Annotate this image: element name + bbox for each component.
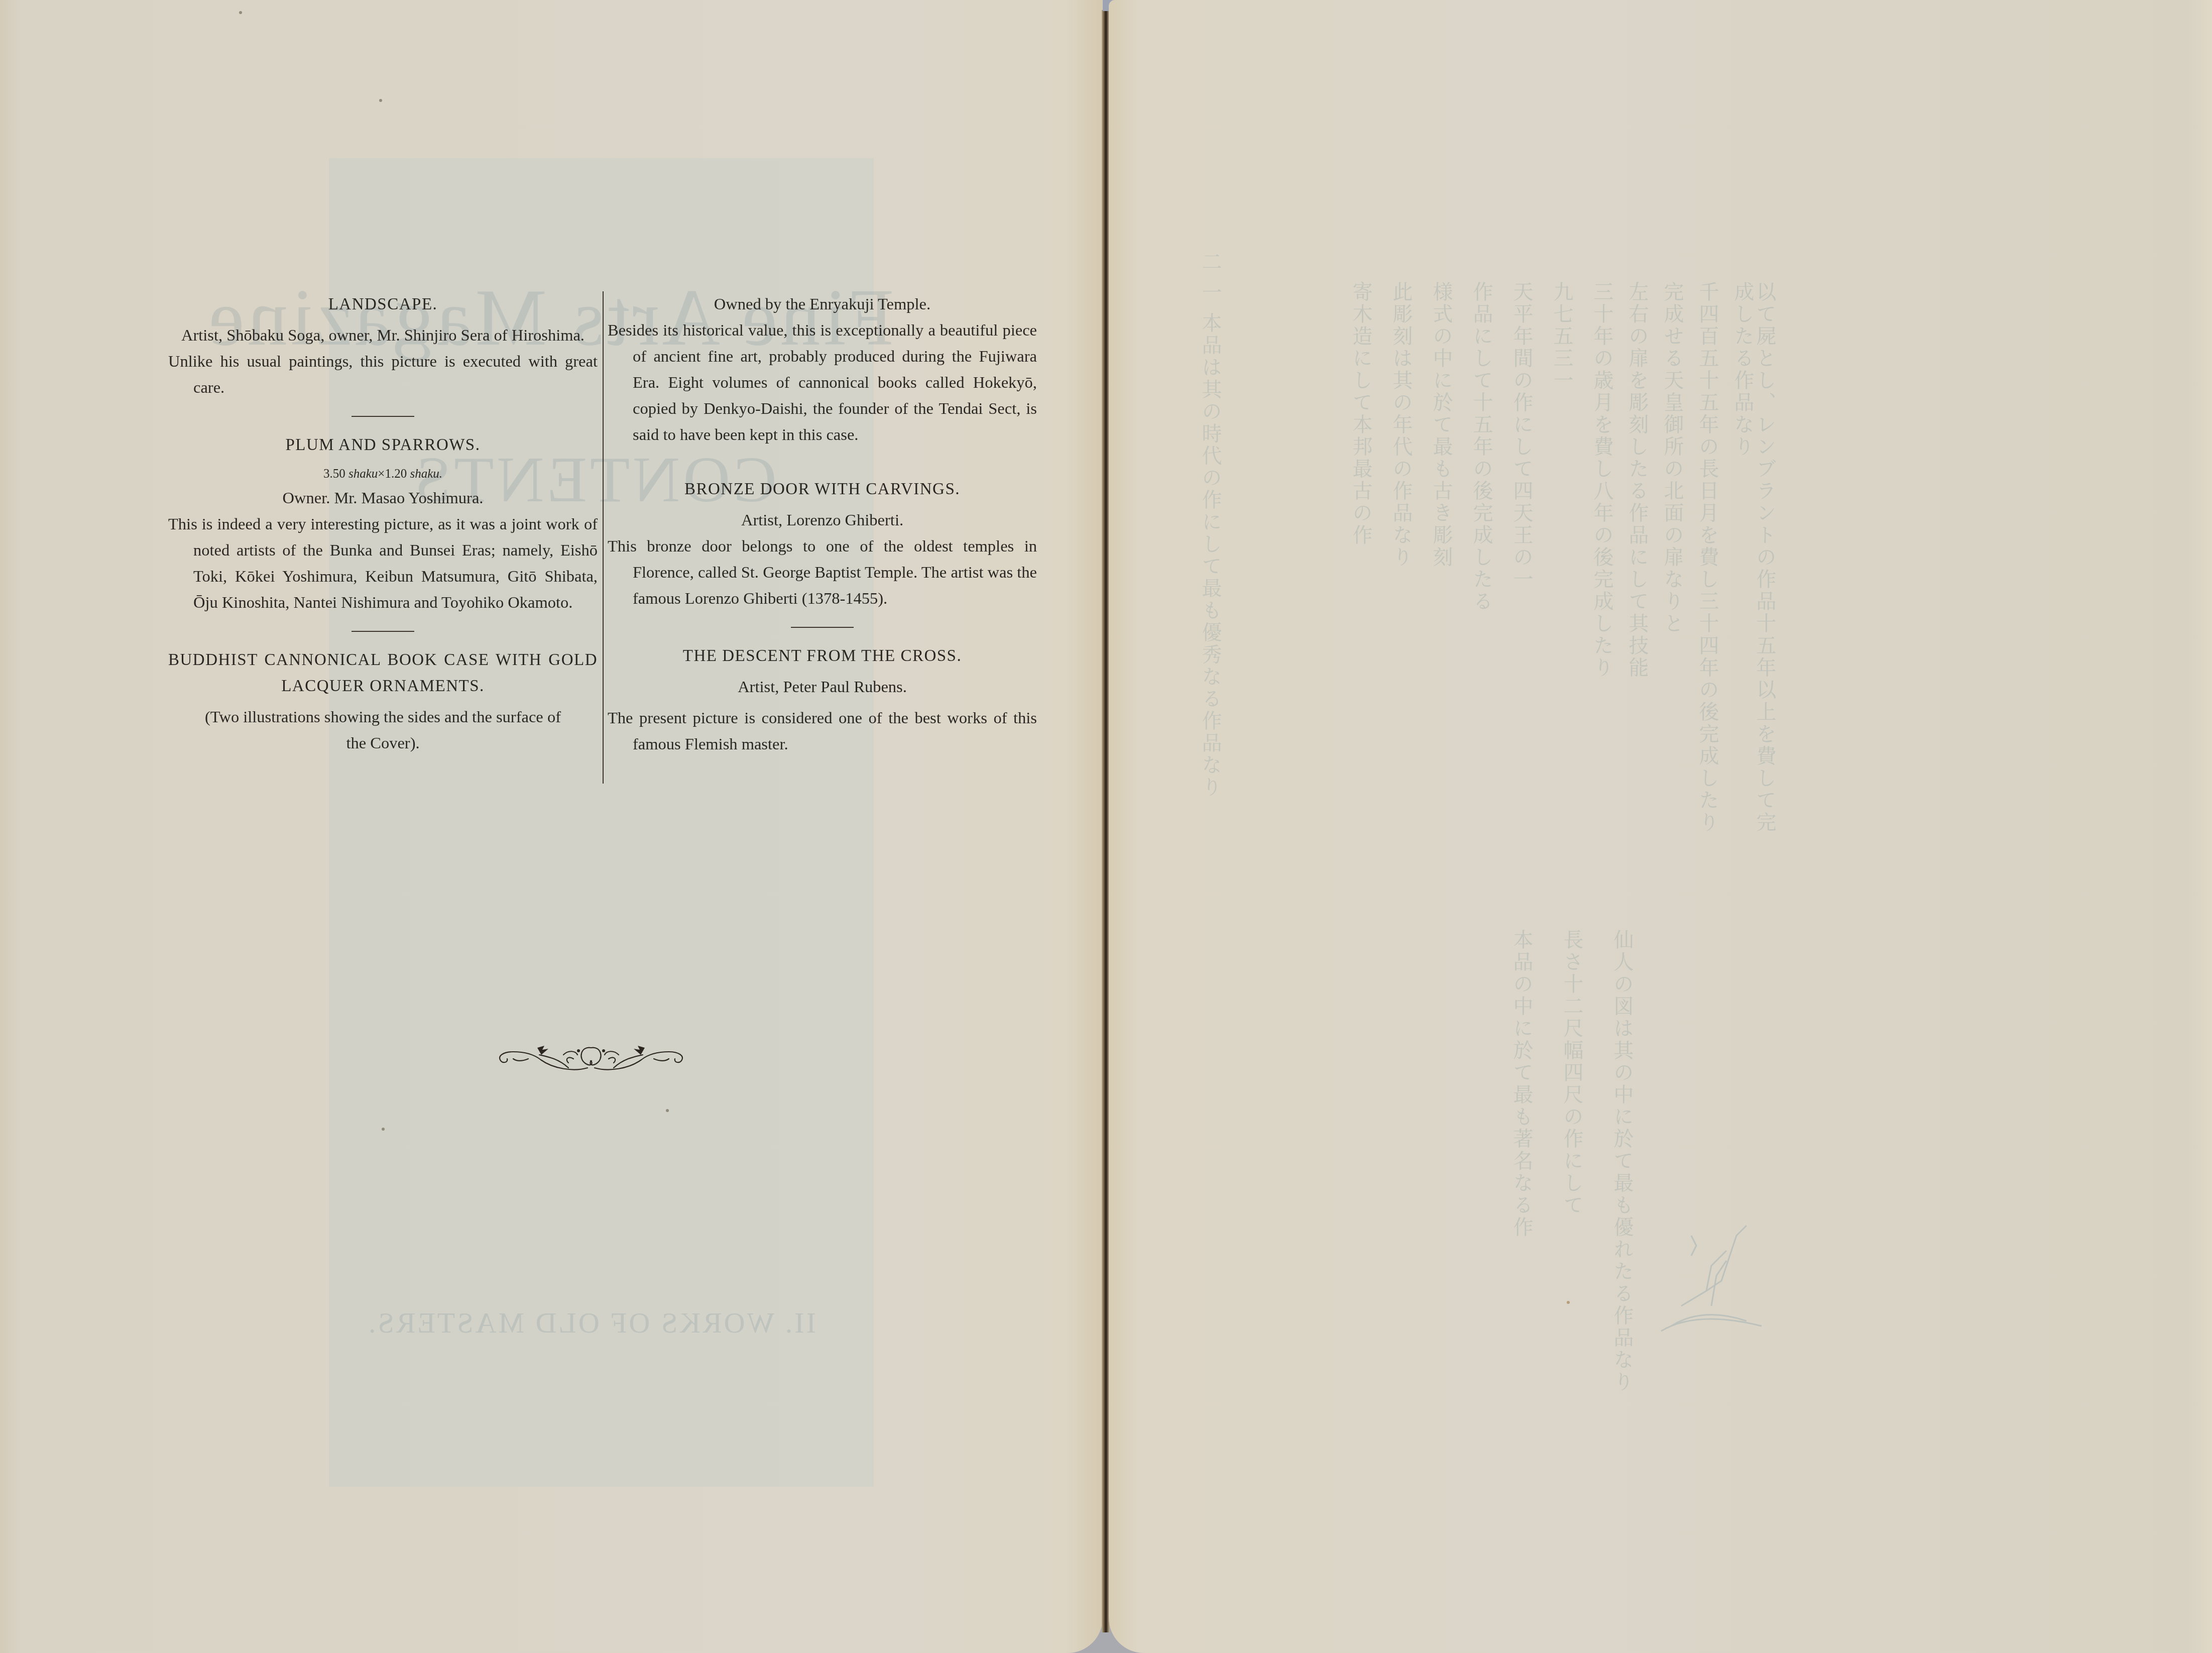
show-through-japanese: 左右の扉を彫刻したる作品にして其技能 bbox=[1626, 281, 1648, 834]
left-column: LANDSCAPE. Artist, Shōbaku Soga, owner, … bbox=[168, 291, 598, 756]
show-through-japanese: 仙人の図は其の中に於て最も優れたる作品なり bbox=[1611, 929, 1633, 1532]
dim-times: × bbox=[378, 467, 385, 481]
show-through-japanese: 三十年の歳月を費し八年の後完成したり bbox=[1591, 281, 1613, 834]
show-through-illustration-icon bbox=[1641, 1205, 1782, 1346]
show-through-section: II. WORKS OF OLD MASTERS. bbox=[367, 1306, 816, 1340]
right-column: Owned by the Enryakuji Temple. Besides i… bbox=[608, 291, 1037, 757]
landscape-byline: Artist, Shōbaku Soga, owner, Mr. Shinjir… bbox=[168, 322, 598, 349]
show-through-japanese: 本品の中に於て最も著名なる作 bbox=[1510, 929, 1533, 1532]
paper-speck bbox=[382, 1128, 385, 1131]
show-through-japanese: 長さ十二尺幅四尺の作にして bbox=[1561, 929, 1583, 1532]
dim-unit-1: shaku bbox=[348, 467, 378, 481]
section-rule bbox=[352, 631, 414, 632]
left-page: Fine Arts Magazine CONTENTS II. WORKS OF… bbox=[0, 0, 1103, 1653]
dim-value-2: 1.20 bbox=[385, 467, 407, 481]
section-rule bbox=[791, 627, 854, 628]
descent-byline: Artist, Peter Paul Rubens. bbox=[608, 674, 1037, 700]
paper-speck bbox=[239, 11, 242, 14]
show-through-japanese: 天平年間の作にして四天王の一 bbox=[1510, 281, 1533, 834]
landscape-body: Unlike his usual paintings, this picture… bbox=[168, 349, 598, 401]
book-spread: Fine Arts Magazine CONTENTS II. WORKS OF… bbox=[0, 0, 2212, 1653]
column-divider bbox=[603, 291, 604, 784]
right-page: 以て屍とし、レンブラントの作品十五年以上を費して完成したる作品なり 千四百五十五… bbox=[1109, 0, 2212, 1653]
dim-value-1: 3.50 bbox=[323, 467, 345, 481]
paper-speck bbox=[379, 99, 382, 102]
bronze-door-body: This bronze door belongs to one of the o… bbox=[608, 533, 1037, 612]
paper-speck bbox=[666, 1109, 669, 1112]
show-through-japanese: 以て屍とし、レンブラントの作品十五年以上を費して完成したる作品なり bbox=[1731, 281, 1776, 834]
section-title-plum-and-sparrows: PLUM AND SPARROWS. bbox=[168, 432, 598, 458]
plum-byline: Owner. Mr. Masao Yoshimura. bbox=[168, 485, 598, 511]
bronze-door-byline: Artist, Lorenzo Ghiberti. bbox=[608, 507, 1037, 533]
dim-unit-2: shaku. bbox=[410, 467, 442, 481]
show-through-japanese: 千四百五十五年の長日月を費し三十四年の後完成したり bbox=[1696, 281, 1718, 834]
section-title-descent: THE DESCENT FROM THE CROSS. bbox=[608, 643, 1037, 669]
book-case-body: Besides its historical value, this is ex… bbox=[608, 317, 1037, 448]
show-through-japanese: 様式の中に於て最も古き彫刻 bbox=[1430, 281, 1452, 834]
book-case-note: (Two illustrations showing the sides and… bbox=[168, 704, 598, 756]
book-case-owner: Owned by the Enryakuji Temple. bbox=[608, 291, 1037, 317]
section-title-book-case: BUDDHIST CANNONICAL BOOK CASE WITH GOLD … bbox=[168, 647, 598, 699]
section-rule bbox=[352, 416, 414, 417]
show-through-japanese: 作品にして十五年の後完成したる bbox=[1470, 281, 1492, 834]
section-title-bronze-door: BRONZE DOOR WITH CARVINGS. bbox=[608, 476, 1037, 502]
show-through-japanese: 九七五三一 bbox=[1551, 281, 1573, 633]
plum-body: This is indeed a very interesting pictur… bbox=[168, 511, 598, 616]
decorative-scroll-ornament-icon bbox=[493, 1044, 689, 1074]
dimensions: 3.50 shaku×1.20 shaku. bbox=[168, 463, 598, 485]
show-through-japanese: 寄木造にして本邦最古の作 bbox=[1350, 281, 1372, 834]
show-through-japanese: 二 一 本品は其の時代の作にして最も優秀なる作品なり bbox=[1199, 251, 1221, 1557]
show-through-japanese: 此彫刻は其の年代の作品なり bbox=[1390, 281, 1412, 834]
section-title-landscape: LANDSCAPE. bbox=[168, 291, 598, 317]
show-through-japanese: 完成せる天皇御所の北面の扉なりと bbox=[1661, 281, 1683, 834]
paper-speck bbox=[1567, 1301, 1570, 1304]
descent-body: The present picture is considered one of… bbox=[608, 705, 1037, 757]
